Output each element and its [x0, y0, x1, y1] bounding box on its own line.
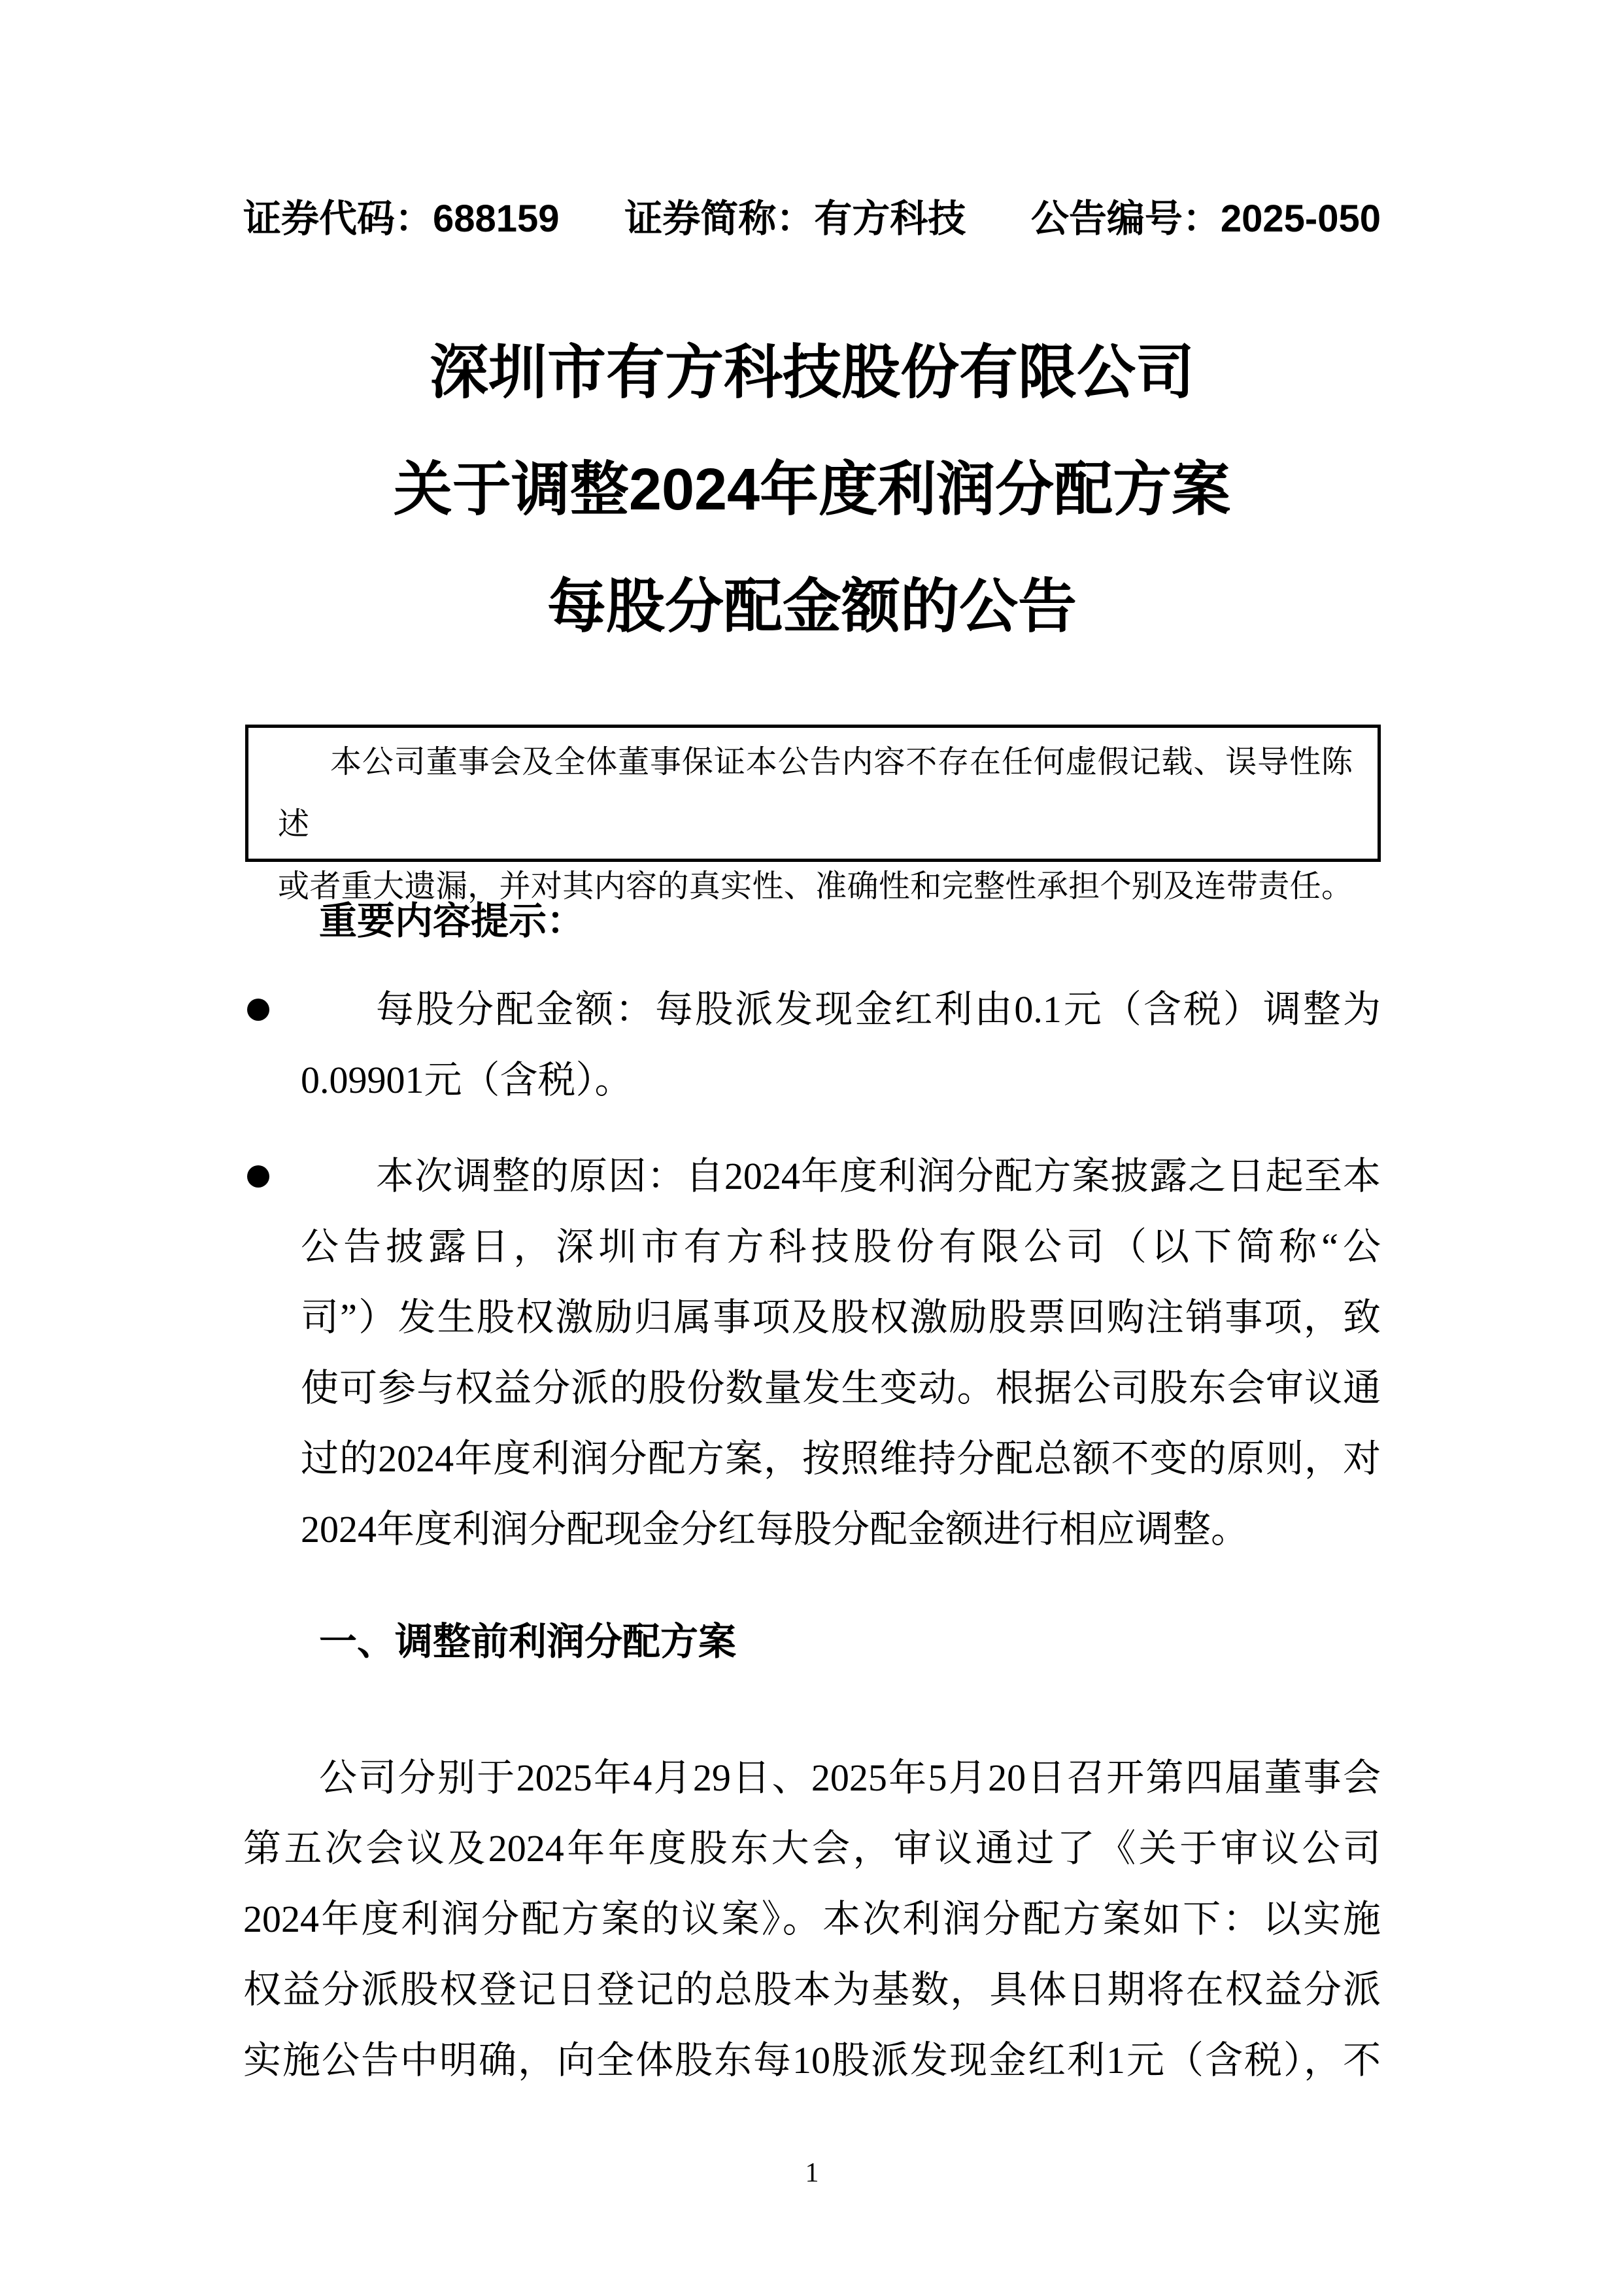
stock-name-label: 证券简称：有方科技	[624, 196, 966, 242]
section1-paragraph: 公司分别于2025年4月29日、2025年5月20日召开第四届董事会 第五次会议…	[243, 1743, 1381, 2096]
title-line-1: 深圳市有方科技股份有限公司	[0, 315, 1624, 432]
bullet-item-dividend-per-share: 每股分配金额：每股派发现金红利由0.1元（含税）调整为 0.09901元（含税）…	[301, 974, 1381, 1116]
bullet-dot-icon	[247, 999, 269, 1021]
important-notice-heading: 重要内容提示：	[243, 899, 1381, 944]
document-title: 深圳市有方科技股份有限公司 关于调整2024年度利润分配方案 每股分配金额的公告	[0, 315, 1624, 666]
paragraph-line-1: 公司分别于2025年4月29日、2025年5月20日召开第四届董事会	[243, 1743, 1381, 1813]
bullet2-line-3: 司”）发生股权激励归属事项及股权激励股票回购注销事项，致	[301, 1282, 1381, 1353]
section1-heading: 一、调整前利润分配方案	[243, 1607, 1381, 1677]
disclaimer-line-1: 本公司董事会及全体董事保证本公告内容不存在任何虚假记载、误导性陈述	[278, 731, 1353, 855]
paragraph-line-3: 2024年度利润分配方案的议案》。本次利润分配方案如下：以实施	[243, 1884, 1381, 1955]
paragraph-line-5: 实施公告中明确，向全体股东每10股派发现金红利1元（含税），不	[243, 2025, 1381, 2096]
stock-code-label: 证券代码：688159	[243, 196, 560, 242]
announcement-number-label: 公告编号：2025-050	[1031, 196, 1381, 242]
bullet1-line-1: 每股分配金额：每股派发现金红利由0.1元（含税）调整为	[301, 974, 1381, 1045]
bullet2-line-6: 2024年度利润分配现金分红每股分配金额进行相应调整。	[301, 1494, 1381, 1565]
bullet1-line-2: 0.09901元（含税）。	[301, 1045, 1381, 1116]
bullet-item-adjustment-reason: 本次调整的原因：自2024年度利润分配方案披露之日起至本 公告披露日，深圳市有方…	[301, 1141, 1381, 1565]
document-header-line: 证券代码：688159 证券简称：有方科技 公告编号：2025-050	[243, 196, 1381, 242]
page-number: 1	[0, 2157, 1624, 2189]
paragraph-line-2: 第五次会议及2024年年度股东大会，审议通过了《关于审议公司	[243, 1813, 1381, 1884]
bullet2-line-5: 过的2024年度利润分配方案，按照维持分配总额不变的原则，对	[301, 1424, 1381, 1494]
bullet2-line-4: 使可参与权益分派的股份数量发生变动。根据公司股东会审议通	[301, 1353, 1381, 1424]
title-line-2: 关于调整2024年度利润分配方案	[0, 432, 1624, 549]
paragraph-line-4: 权益分派股权登记日登记的总股本为基数，具体日期将在权益分派	[243, 1955, 1381, 2025]
announcement-document-page: 证券代码：688159 证券简称：有方科技 公告编号：2025-050 深圳市有…	[0, 0, 1624, 2296]
bullet-dot-icon	[247, 1165, 269, 1188]
title-line-3: 每股分配金额的公告	[0, 549, 1624, 666]
bullet2-line-1: 本次调整的原因：自2024年度利润分配方案披露之日起至本	[301, 1141, 1381, 1212]
bullet2-line-2: 公告披露日，深圳市有方科技股份有限公司（以下简称“公	[301, 1212, 1381, 1282]
board-disclaimer-box: 本公司董事会及全体董事保证本公告内容不存在任何虚假记载、误导性陈述 或者重大遗漏…	[245, 725, 1381, 862]
